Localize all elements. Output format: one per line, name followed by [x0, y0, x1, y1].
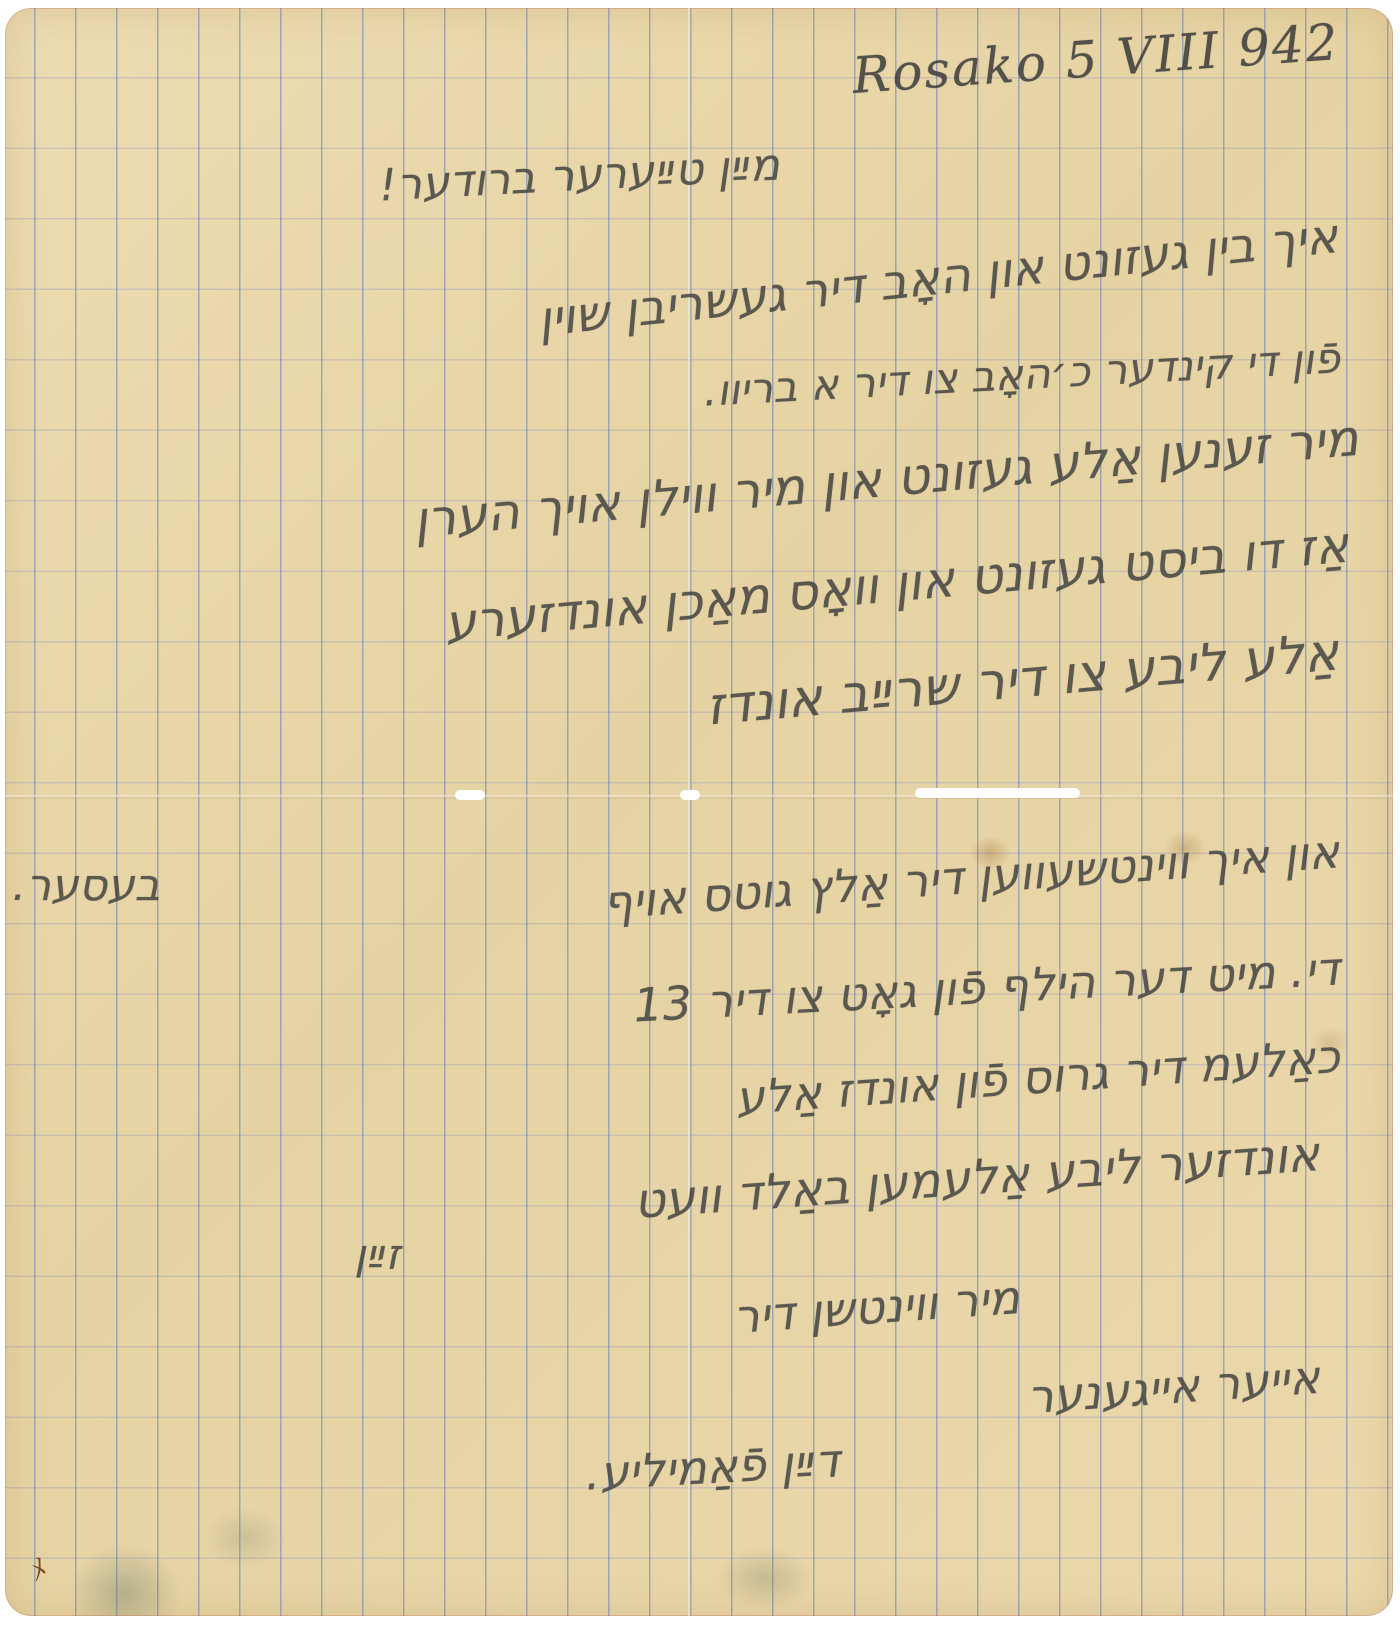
letter-line: בעסער. [12, 860, 160, 911]
letter-line: זײַן [354, 1230, 400, 1279]
paper-tear [455, 790, 485, 800]
vertical-fold-crease [688, 8, 692, 1616]
paper-tear [680, 790, 700, 800]
paper-tear [915, 788, 1080, 798]
